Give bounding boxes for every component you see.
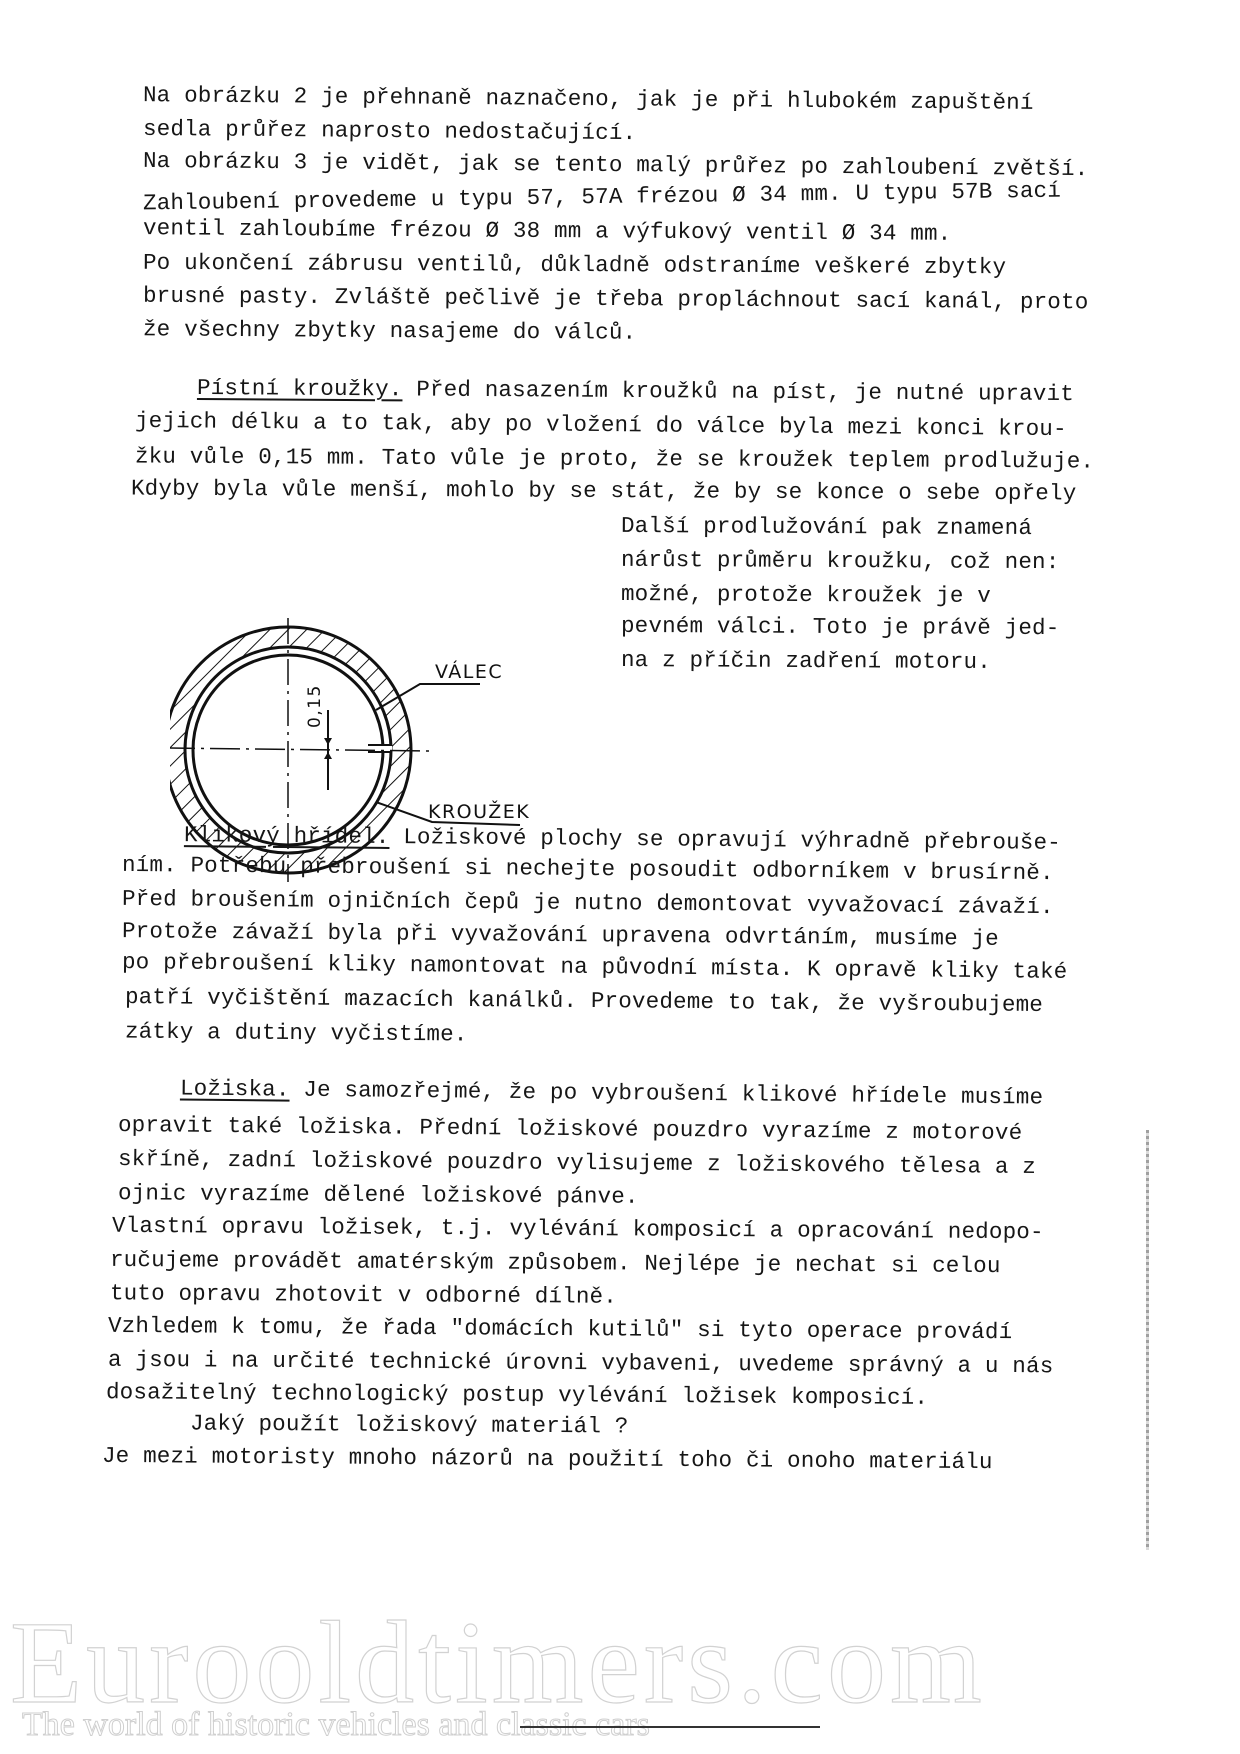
text-line: skříně, zadní ložiskové pouzdro vylisuje… [118,1146,1036,1180]
section-heading-crankshaft: Klikový hřídel. [184,822,390,850]
text-line: Po ukončení zábrusu ventilů, důkladně od… [143,250,1006,281]
section-heading-piston-rings: Pístní kroužky. [197,375,403,402]
text-line: Vlastní opravu ložisek, t.j. vylévání ko… [112,1213,1044,1246]
label-cylinder: VÁLEC [435,660,503,683]
text-line: Před broušením ojničních čepů je nutno d… [122,886,1054,920]
text-line: Zahloubení provedeme u typu 57, 57A fréz… [143,178,1061,217]
text-line: žku vůle 0,15 mm. Tato vůle je proto, že… [135,443,1094,474]
text-line: po přebroušení kliky namontovat na původ… [122,949,1068,985]
text-line: a jsou i na určité technické úrovni vyba… [108,1347,1054,1380]
text-line: Další prodlužování pak znamená [621,513,1032,541]
text-line: jejich délku a to tak, aby po vložení do… [135,408,1067,442]
text-line: tuto opravu zhotovit v odborné dílně. [110,1280,617,1310]
text-line: Na obrázku 2 je přehnaně naznačeno, jak … [143,82,1034,116]
text-line: Kdyby byla vůle menší, mohlo by se stát,… [131,476,1077,507]
text-line: na z příčin zadření motoru. [621,647,991,675]
section-bearings-first-line: Ložiska. Je samozřejmé, že po vybroušení… [180,1075,1043,1110]
text-line: Protože závaží byla při vyvažování uprav… [122,918,999,952]
label-ring: KROUŽEK [428,800,530,823]
text-line: možné, protože kroužek je v [621,581,991,609]
underline-rule [520,1726,820,1728]
text-fragment: Před nasazením kroužků na píst, je nutné… [402,376,1074,407]
text-fragment: Je samozřejmé, že po vybroušení klikové … [290,1077,1044,1111]
scan-artifact [1146,1130,1149,1550]
text-line: Vzhledem k tomu, že řada "domácích kutil… [108,1313,1013,1345]
section-heading-bearings: Ložiska. [180,1075,290,1102]
watermark-tagline: The world of historic vehicles and class… [22,1706,650,1744]
text-line: brusné pasty. Zvláště pečlivě je třeba p… [143,283,1089,316]
text-line: nárůst průměru kroužku, což nen: [621,547,1060,575]
text-line: sedla průřez naprosto nedostačující. [143,116,636,146]
text-line: Je mezi motoristy mnoho názorů na použit… [102,1443,993,1475]
subheading-question: Jaký použít ložiskový materiál ? [190,1410,629,1439]
text-line: ojnic vyrazíme dělené ložiskové pánve. [118,1180,639,1210]
text-line: Na obrázku 3 je vidět, jak se tento malý… [143,148,1089,182]
text-line: pevném válci. Toto je právě jed- [621,613,1060,641]
text-line: dosažitelný technologický postup vyléván… [106,1379,928,1411]
dimension-label: 0,15 [305,684,325,728]
text-line: ručujeme provádět amatérským způsobem. N… [110,1247,1001,1279]
text-line: patří vyčištění mazacích kanálků. Proved… [125,984,1043,1018]
text-line: ventil zahloubíme frézou Ø 38 mm a výfuk… [143,215,952,247]
section-piston-rings-first-line: Pístní kroužky. Před nasazením kroužků n… [197,375,1074,407]
text-line: opravit také ložiska. Přední ložiskové p… [118,1112,1023,1146]
text-line: zátky a dutiny vyčistíme. [125,1019,468,1048]
text-line: že všechny zbytky nasajeme do válců. [143,316,636,345]
